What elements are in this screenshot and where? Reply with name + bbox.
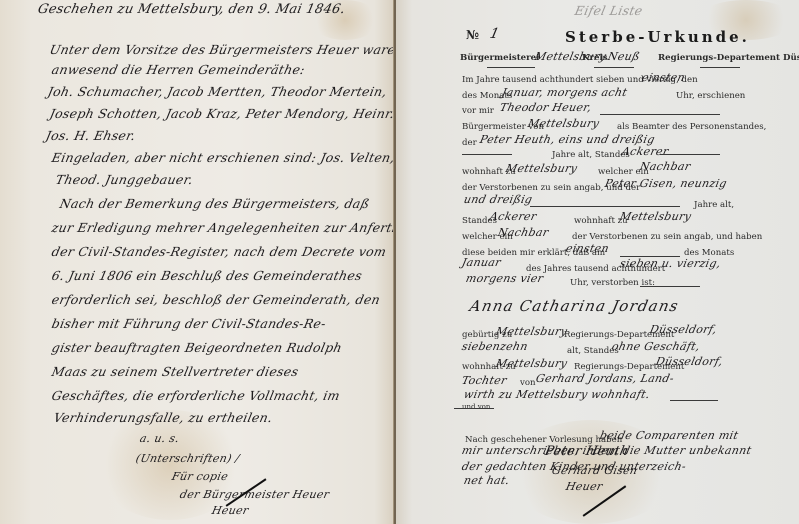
form-line-7-written: Mettelsbury (505, 162, 579, 175)
form-line-10-written2: Mettelsbury (619, 210, 693, 223)
form-line-11-printed2: der Verstorbenen zu sein angab, und habe… (572, 232, 762, 242)
fill-line (660, 154, 720, 155)
left-para-4-line-1: Nach der Bemerkung des Bürgermeisters, d… (58, 196, 371, 211)
left-para-2-line-1: Joh. Schumacher, Jacob Mertten, Theodor … (46, 84, 388, 99)
detail-4-written: Tochter (461, 374, 508, 387)
left-para-3-line-2: Theod. Junggebauer. (54, 172, 194, 187)
signature-witness-2: Gerhard Gisen (551, 464, 639, 477)
detail-3-written2: Düsseldorf, (655, 355, 724, 368)
detail-3-written: Mettelsbury (495, 357, 569, 370)
fill-line (670, 400, 718, 401)
document-title: Sterbe-Urkunde. (565, 28, 750, 46)
underline (594, 67, 634, 68)
left-para-4-line-2: zur Erledigung mehrer Angelegenheiten zu… (50, 220, 431, 235)
form-line-9-written: und dreißig (463, 193, 534, 206)
form-line-2-printed2: Uhr, erschienen (676, 91, 745, 101)
form-line-7-written2: Nachbar (639, 160, 692, 173)
form-line-12-written: einsten (565, 242, 611, 255)
left-para-4-line-3: der Civil-Standes-Register, nach dem Dec… (50, 244, 387, 259)
left-para-2-line-2: Joseph Schotten, Jacob Kraz, Peter Mendo… (48, 106, 396, 121)
buergermeisterei-label: Bürgermeisterei (460, 53, 539, 63)
kreis-value: Neuß (607, 50, 642, 63)
detail-5-written: wirth zu Mettelsbury wohnhaft. (463, 388, 652, 401)
form-line-3-written: Theodor Heuer, (499, 101, 593, 114)
left-para-4-line-9: Geschäftes, die erforderliche Vollmacht,… (50, 388, 341, 403)
left-para-1-line-2: anwesend die Herren Gemeinderäthe: (50, 62, 306, 77)
und-von-label: und von (462, 403, 490, 411)
form-line-2-written: Januar, morgens acht (501, 86, 629, 99)
fill-line (530, 206, 680, 207)
signature-registrar: Heuer (565, 480, 604, 493)
left-para-4-line-4: 6. Juni 1806 ein Beschluß des Gemeindera… (50, 268, 363, 283)
regierung-label: Regierungs-Departement Düsseldorf. (658, 53, 799, 63)
left-para-4-line-10: Verhinderungsfalle, zu ertheilen. (52, 410, 274, 425)
left-para-4-line-5: erforderlich sei, beschloß der Gemeinder… (50, 292, 381, 307)
form-line-11-written: Nachbar (497, 226, 550, 239)
left-closing-copie: Für copie (171, 470, 230, 483)
left-closing-signature: Heuer (211, 504, 250, 517)
left-para-1-line-1: Unter dem Vorsitze des Bürgermeisters He… (48, 42, 405, 57)
left-page: Geschehen zu Mettelsbury, den 9. Mai 184… (0, 0, 394, 524)
detail-2-written2: ohne Geschäft, (611, 340, 701, 353)
closing-written-1: beide Comparenten mit (599, 429, 740, 442)
form-line-1-written: einsten (641, 71, 687, 84)
left-header-line: Geschehen zu Mettelsbury, den 9. Mai 184… (36, 2, 346, 17)
book-spread: Geschehen zu Mettelsbury, den 9. Mai 184… (0, 0, 799, 524)
left-closing-aus: a. u. s. (139, 432, 181, 445)
form-line-14-written: morgens vier (465, 272, 545, 285)
underline (700, 67, 740, 68)
form-line-5-printed: der (462, 138, 477, 148)
form-line-6-written: Ackerer (621, 145, 670, 158)
fill-line (640, 286, 700, 287)
form-line-6-printed: Jahre alt, Standes (552, 150, 630, 160)
form-line-9-printed2: Jahre alt, (694, 200, 734, 210)
detail-4-printed: von (520, 378, 536, 388)
signature-witness-1: Peter Heuth (543, 444, 630, 459)
form-line-4-written: Mettelsbury (527, 117, 601, 130)
detail-1-written: Mettelsbury (495, 325, 569, 338)
closing-written-4: net hat. (463, 474, 511, 487)
detail-4-written2: Gerhard Jordans, Land- (535, 372, 676, 385)
form-line-13-written2: sieben u. vierzig, (619, 257, 722, 270)
form-line-13-written: Januar (461, 256, 503, 269)
left-closing-signatures: (Unterschriften) / (135, 452, 241, 465)
deceased-name: Anna Catharina Jordans (468, 297, 681, 315)
pencil-note: Eifel Liste (573, 3, 644, 18)
form-line-10-written: Ackerer (489, 210, 538, 223)
fill-line (600, 114, 720, 115)
underline (487, 67, 535, 68)
detail-1-written2: Düsseldorf, (649, 323, 718, 336)
form-line-8-written: Peter Gisen, neunzig (604, 177, 729, 190)
strike-line (454, 408, 494, 409)
left-para-3-line-1: Eingeladen, aber nicht erschienen sind: … (50, 150, 396, 165)
record-number-label: № (466, 28, 479, 42)
form-line-3-printed: vor mir (462, 106, 494, 116)
kreis-label: Kreis (582, 53, 608, 63)
left-para-4-line-7: gister beauftragten Beigeordneten Rudolp… (50, 340, 343, 355)
detail-2-written: siebenzehn (461, 340, 530, 353)
form-line-4-printed2: als Beamter des Personenstandes, (617, 122, 766, 132)
left-para-4-line-8: Maas zu seinem Stellvertreter dieses (50, 364, 300, 379)
left-para-4-line-6: bisher mit Führung der Civil-Standes-Re- (50, 316, 327, 331)
left-para-2-line-3: Jos. H. Ehser. (44, 128, 137, 143)
fill-line (462, 154, 512, 155)
left-closing-buergermeister: der Bürgermeister Heuer (179, 488, 331, 501)
